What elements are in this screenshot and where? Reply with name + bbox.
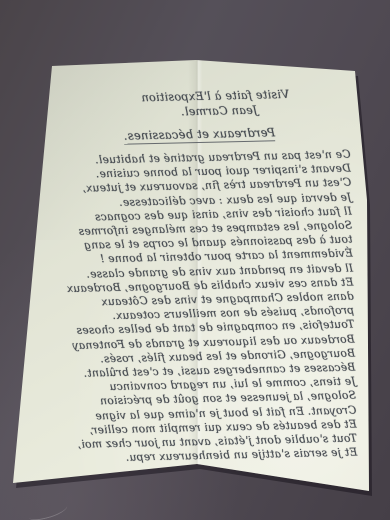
mirrored-handwriting: Visite faite à l'Exposition Jean Carmel.… [46, 87, 357, 467]
letter-body: Ce n'est pas un Perdreau gratiné et habi… [47, 148, 357, 467]
scratch-mark [27, 500, 69, 520]
photo-background: Visite faite à l'Exposition Jean Carmel.… [0, 0, 390, 520]
letter-text-block: Visite faite à l'Exposition Jean Carmel.… [46, 87, 357, 467]
letter-title: Perdreaux et bécassines. [47, 125, 275, 145]
letter-paper: Visite faite à l'Exposition Jean Carmel.… [0, 0, 390, 520]
